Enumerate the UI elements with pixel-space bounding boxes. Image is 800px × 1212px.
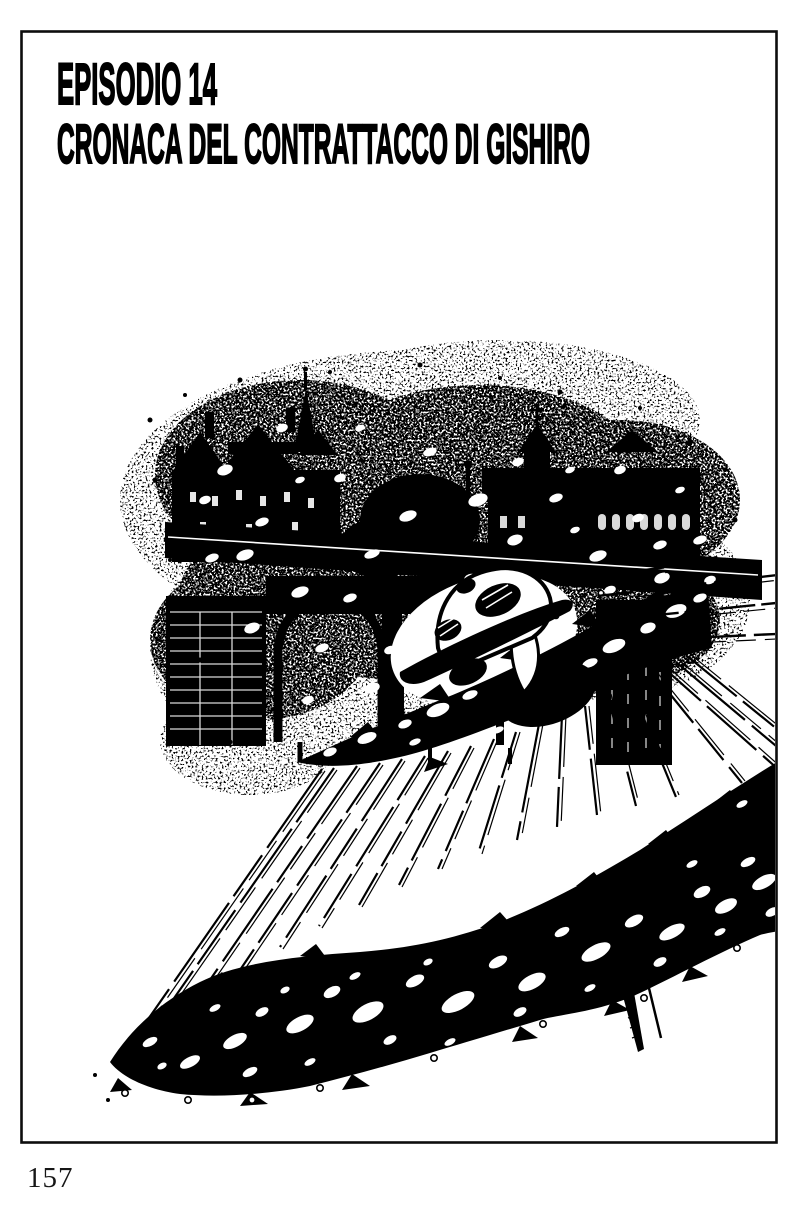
umbrella-pole <box>621 984 661 1052</box>
umbrella-lower-band <box>110 748 800 1096</box>
manga-panel-art: EPISODIO 14 CRONACA DEL CONTRATTACCO DI … <box>0 0 800 1212</box>
manga-page: { "page": { "episode_label": "EPISODIO 1… <box>0 0 800 1212</box>
page-number: 157 <box>27 1162 74 1195</box>
episode-label: EPISODIO 14 <box>57 52 217 117</box>
bridge-abutment <box>166 596 266 746</box>
episode-title: CRONACA DEL CONTRATTACCO DI GISHIRO <box>57 112 590 175</box>
